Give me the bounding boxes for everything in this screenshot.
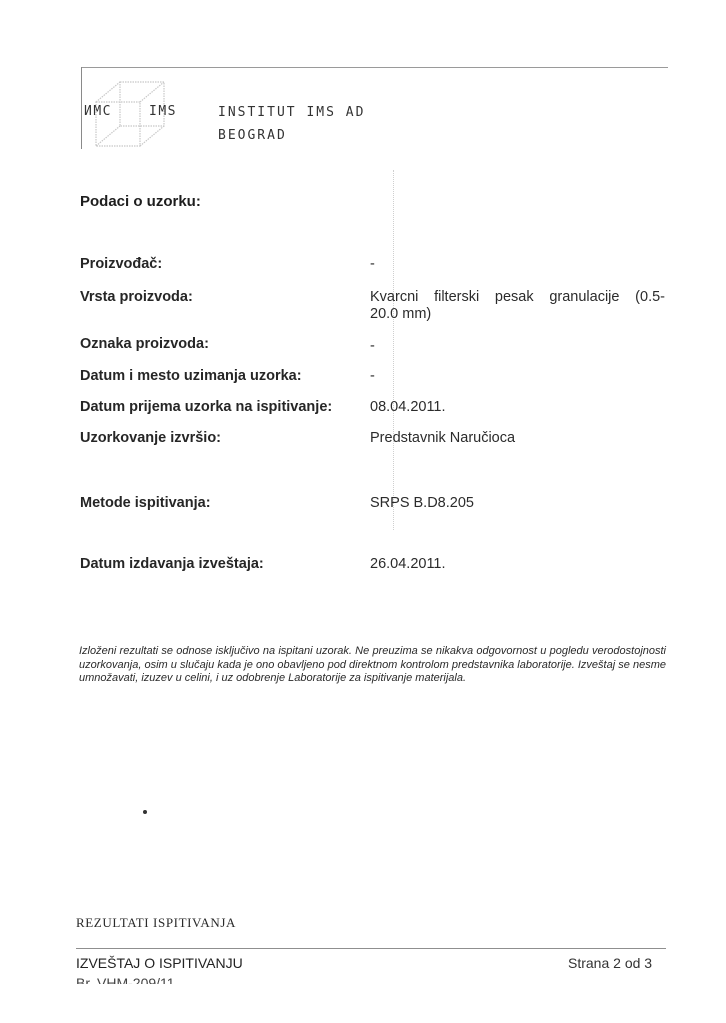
field-label-test-methods: Metode ispitivanja: [80,495,211,511]
field-label-product-mark: Oznaka proizvoda: [80,336,209,352]
field-label-sampled-by: Uzorkovanje izvršio: [80,430,221,446]
field-value-manufacturer: - [370,256,375,272]
field-value-issue-date: 26.04.2011. [370,556,446,572]
field-value-receipt-date: 08.04.2011. [370,399,446,415]
scan-speck [143,810,147,814]
field-label-product-type: Vrsta proizvoda: [80,289,193,305]
header-border-left [81,67,82,149]
field-label-manufacturer: Proizvođač: [80,256,162,272]
product-type-line2: 20.0 mm) [370,306,431,322]
field-value-test-methods: SRPS B.D8.205 [370,495,474,511]
field-value-sampling-date-place: - [370,368,375,384]
field-value-sampled-by: Predstavnik Naručioca [370,430,515,446]
footer-report-number: Br. VHM-209/11 [76,975,175,984]
field-label-issue-date: Datum izdavanja izveštaja: [80,556,264,572]
section-title: Podaci o uzorku: [80,193,201,210]
institute-city: BEOGRAD [218,128,287,143]
footer-report-title: IZVEŠTAJ O ISPITIVANJU [76,955,243,971]
footer-page-number: Strana 2 od 3 [568,955,652,971]
field-label-receipt-date: Datum prijema uzorka na ispitivanje: [80,399,332,415]
product-type-line1: Kvarcni filterski pesak granulacije (0.5… [370,289,665,306]
footer-divider [76,948,666,949]
results-heading: REZULTATI ISPITIVANJA [76,915,236,931]
header-border-top [82,67,668,68]
disclaimer-text: Izloženi rezultati se odnose isključivo … [79,645,666,686]
scan-artifact-line [393,170,394,530]
institute-name: INSTITUT IMS AD [218,105,365,120]
field-value-product-mark: - [370,338,375,354]
field-label-sampling-date-place: Datum i mesto uzimanja uzorka: [80,368,302,384]
field-value-product-type: Kvarcni filterski pesak granulacije (0.5… [370,289,665,323]
logo-text-cyrillic: ИМС [84,104,112,119]
logo-text-latin: IMS [149,104,177,119]
